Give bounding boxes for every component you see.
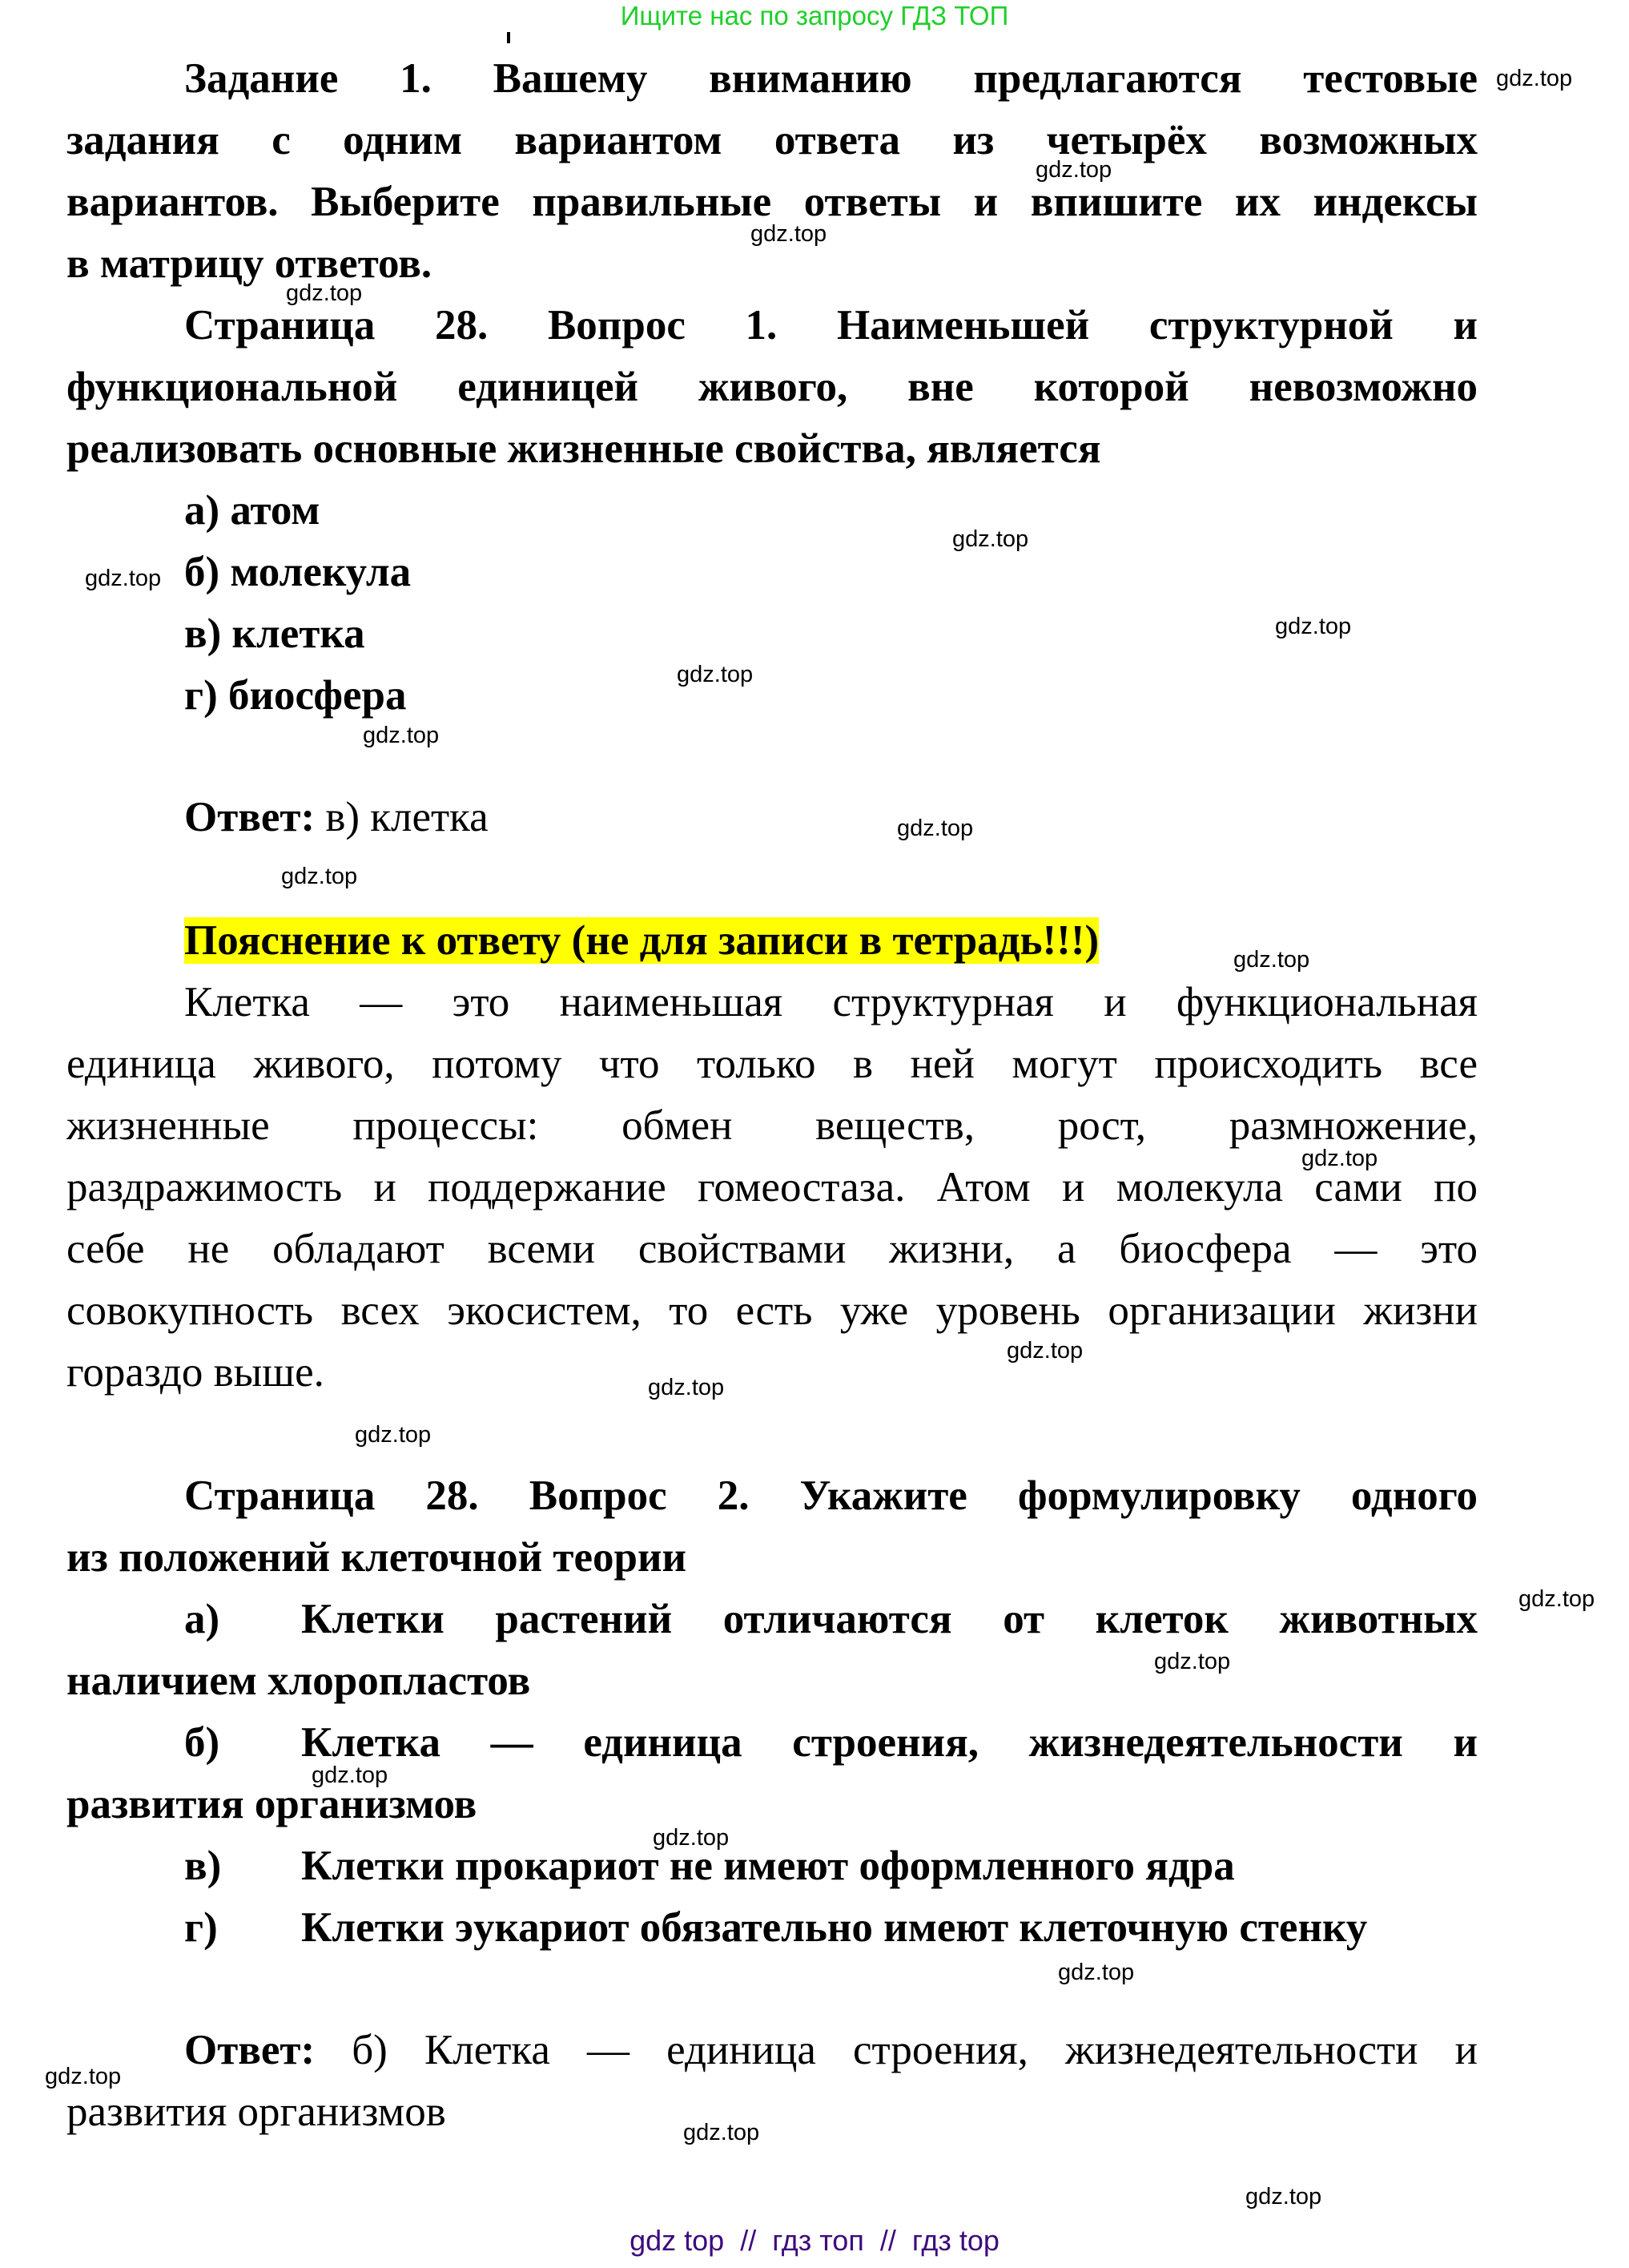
answer-value: в) клетка [315, 794, 489, 840]
watermark: gdz.top [312, 1762, 388, 1789]
q1-answer: Ответ: в) клетка [184, 792, 1478, 843]
explanation-title: Пояснение к ответу (не для записи в тетр… [184, 915, 1099, 966]
watermark: gdz.top [1058, 1960, 1134, 1986]
task-intro-line: вариантов. Выберите правильные ответы и … [66, 176, 1478, 228]
q1-title-line: Страница 28. Вопрос 1. Наименьшей структ… [184, 300, 1478, 351]
task-intro-line: задания с одним вариантом ответа из четы… [66, 115, 1478, 166]
watermark: gdz.top [286, 280, 362, 307]
watermark: gdz.top [1154, 1649, 1230, 1675]
watermark: gdz.top [1007, 1338, 1083, 1364]
watermark: gdz.top [1233, 947, 1309, 973]
watermark: gdz.top [1496, 66, 1572, 92]
watermark: gdz.top [648, 1375, 724, 1401]
watermark: gdz.top [653, 1825, 729, 1851]
q2-option-a: а)Клетки растений отличаются от клеток ж… [184, 1593, 1478, 1645]
option-letter: а) [184, 1593, 301, 1645]
q2-option-c: в)Клетки прокариот не имеют оформленного… [184, 1840, 1478, 1891]
watermark: gdz.top [281, 864, 357, 890]
stray-mark [507, 32, 510, 43]
q1-title-line: функциональной единицей живого, вне кото… [66, 361, 1478, 413]
explanation-line: раздражимость и поддержание гомеостаза. … [66, 1162, 1478, 1213]
watermark: gdz.top [750, 221, 827, 248]
explanation-line: жизненные процессы: обмен веществ, рост,… [66, 1100, 1478, 1151]
footer-links: gdz top // гдз топ // гдз top [0, 2224, 1629, 2258]
watermark: gdz.top [952, 526, 1028, 553]
q1-option-b: б) молекула [184, 546, 1478, 598]
q1-option-d: г) биосфера [184, 670, 1478, 721]
watermark: gdz.top [45, 2064, 121, 2090]
q2-title-line: из положений клеточной теории [66, 1532, 1478, 1583]
watermark: gdz.top [1275, 614, 1351, 640]
option-text: Клетка — единица строения, жизнедеятельн… [301, 1719, 1478, 1766]
watermark: gdz.top [1301, 1146, 1378, 1172]
answer-label: Ответ: [184, 794, 315, 840]
watermark: gdz.top [1245, 2184, 1321, 2210]
option-text: Клетки прокариот не имеют оформленного я… [301, 1843, 1235, 1889]
q2-option-d: г)Клетки эукариот обязательно имеют клет… [184, 1902, 1478, 1953]
option-letter: в) [184, 1840, 301, 1891]
explanation-title-text: Пояснение к ответу (не для записи в тетр… [184, 917, 1099, 964]
search-hint-banner: Ищите нас по запросу ГДЗ ТОП [0, 0, 1629, 32]
watermark: gdz.top [1036, 157, 1112, 183]
watermark: gdz.top [363, 723, 439, 749]
watermark: gdz.top [1518, 1586, 1595, 1613]
q1-title-line: реализовать основные жизненные свойства,… [66, 423, 1478, 474]
explanation-line: единица живого, потому что только в ней … [66, 1038, 1478, 1090]
watermark: gdz.top [85, 566, 161, 592]
watermark: gdz.top [683, 2120, 759, 2146]
q2-title-line: Страница 28. Вопрос 2. Укажите формулиро… [184, 1470, 1478, 1521]
explanation-line: совокупность всех экосистем, то есть уже… [66, 1285, 1478, 1336]
watermark: gdz.top [897, 816, 973, 842]
q2-option-a-cont: наличием хлоропластов [66, 1655, 1478, 1706]
q2-option-b: б)Клетка — единица строения, жизнедеятел… [184, 1717, 1478, 1768]
task-intro-line: Задание 1. Вашему вниманию предлагаются … [184, 53, 1478, 104]
explanation-line: гораздо выше. [66, 1347, 1478, 1398]
option-text: Клетки эукариот обязательно имеют клеточ… [301, 1904, 1367, 1951]
option-letter: г) [184, 1902, 301, 1953]
watermark: gdz.top [355, 1422, 431, 1448]
q2-answer-cont: развития организмов [66, 2086, 1478, 2137]
option-text: Клетки растений отличаются от клеток жив… [301, 1596, 1478, 1642]
q1-option-a: а) атом [184, 485, 1478, 536]
q2-option-b-cont: развития организмов [66, 1779, 1478, 1830]
explanation-line: Клетка — это наименьшая структурная и фу… [184, 977, 1478, 1028]
explanation-line: себе не обладают всеми свойствами жизни,… [66, 1223, 1478, 1275]
watermark: gdz.top [677, 662, 753, 688]
q2-answer: Ответ: б) Клетка — единица строения, жиз… [184, 2024, 1478, 2076]
answer-value: б) Клетка — единица строения, жизнедеяте… [315, 2027, 1478, 2073]
answer-label: Ответ: [184, 2027, 315, 2073]
option-letter: б) [184, 1717, 301, 1768]
